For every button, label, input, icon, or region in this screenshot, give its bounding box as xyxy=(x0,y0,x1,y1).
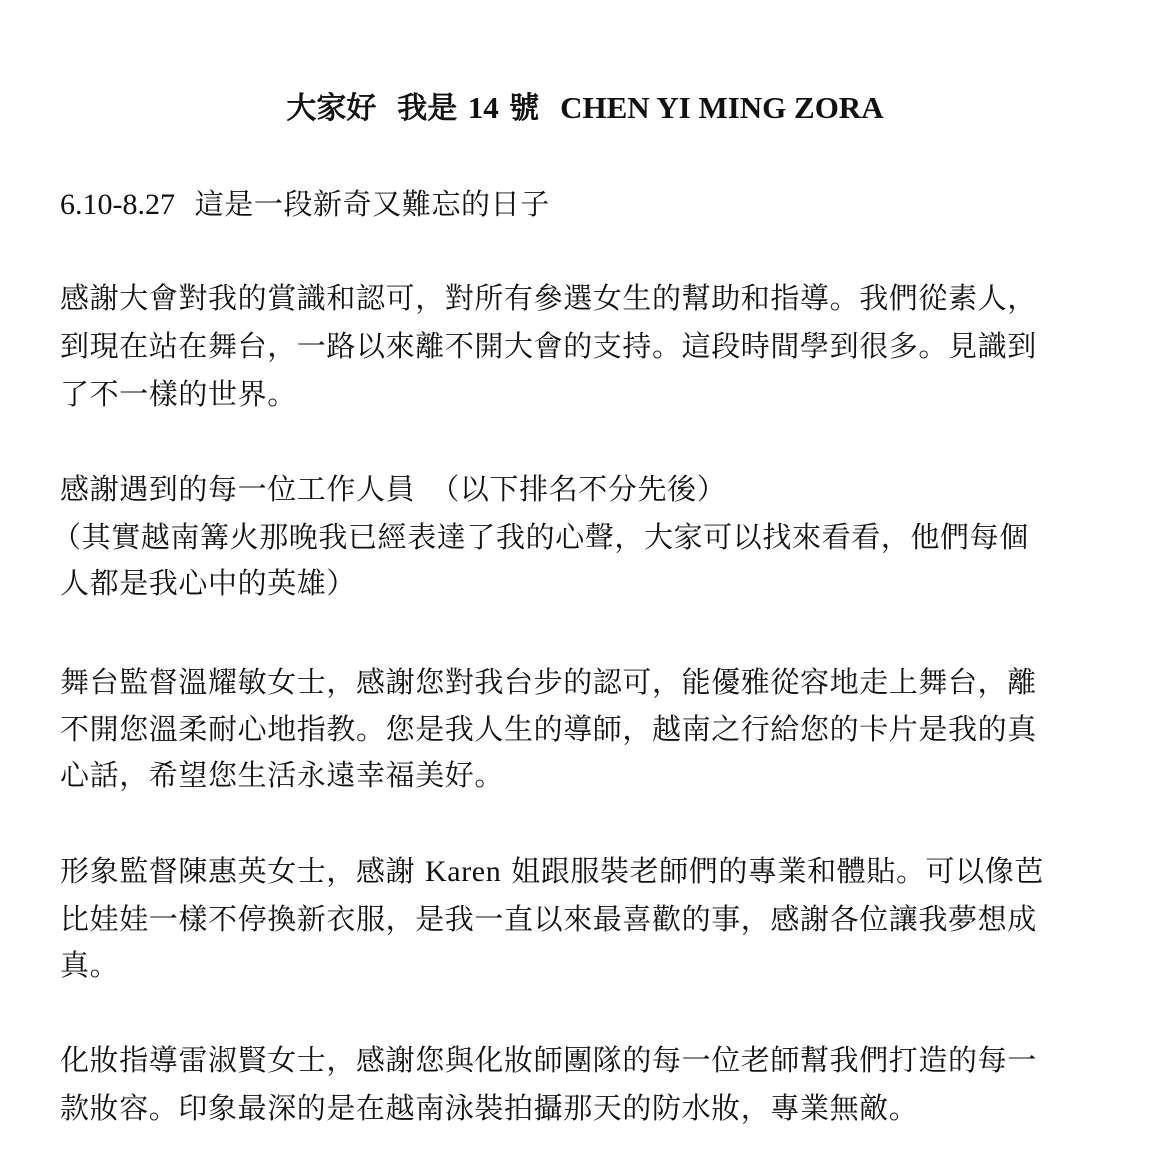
paragraph-line: （其實越南篝火那晚我已經表達了我的心聲，大家可以找來看看，他們每個 xyxy=(52,517,1029,557)
contestant-number: 14 xyxy=(468,90,499,125)
paragraph-line: 化妝指導雷淑賢女士，感謝您與化妝師團隊的每一位老師幫我們打造的每一 xyxy=(60,1040,1037,1080)
paragraph-line: 人都是我心中的英雄） xyxy=(60,563,356,603)
paragraph-line: 比娃娃一樣不停換新衣服，是我一直以來最喜歡的事，感謝各位讓我夢想成 xyxy=(60,899,1037,939)
paragraph-line: 不開您溫柔耐心地指教。您是我人生的導師，越南之行給您的卡片是我的真 xyxy=(60,709,1037,749)
paragraph-line: 舞台監督溫耀敏女士，感謝您對我台步的認可，能優雅從容地走上舞台，離 xyxy=(60,662,1037,702)
line-text: 形象監督陳惠英女士，感謝 xyxy=(60,854,425,888)
paragraph-line: 形象監督陳惠英女士，感謝 Karen 姐跟服裝老師們的專業和體貼。可以像芭 xyxy=(60,851,1044,892)
paragraph-line: 了不一樣的世界。 xyxy=(60,374,297,414)
paragraph-line: 心話，希望您生活永遠幸福美好。 xyxy=(60,755,504,795)
paragraph-line: 感謝遇到的每一位工作人員 （以下排名不分先後） xyxy=(60,469,726,509)
page-title: 大家好 我是 14 號 CHEN YI MING ZORA xyxy=(0,88,1170,129)
name-karen: Karen xyxy=(425,855,501,888)
paragraph-line: 感謝大會對我的賞識和認可，對所有參選女生的幫助和指導。我們從素人， xyxy=(60,278,1037,318)
date-line-text: 這是一段新奇又難忘的日子 xyxy=(195,187,550,221)
paragraph-line: 真。 xyxy=(60,945,119,985)
title-intro: 我是 xyxy=(397,91,467,126)
contestant-name: CHEN YI MING ZORA xyxy=(560,90,884,125)
title-unit: 號 xyxy=(499,91,539,126)
date-range: 6.10-8.27 xyxy=(60,188,175,221)
title-greeting: 大家好 xyxy=(286,91,376,126)
paragraph-line: 到現在站在舞台，一路以來離不開大會的支持。這段時間學到很多。見識到 xyxy=(60,326,1037,366)
paragraph-line: 款妝容。印象最深的是在越南泳裝拍攝那天的防水妝，專業無敵。 xyxy=(60,1088,918,1128)
date-line: 6.10-8.27 這是一段新奇又難忘的日子 xyxy=(60,184,550,225)
line-text: 姐跟服裝老師們的專業和體貼。可以像芭 xyxy=(501,854,1044,888)
